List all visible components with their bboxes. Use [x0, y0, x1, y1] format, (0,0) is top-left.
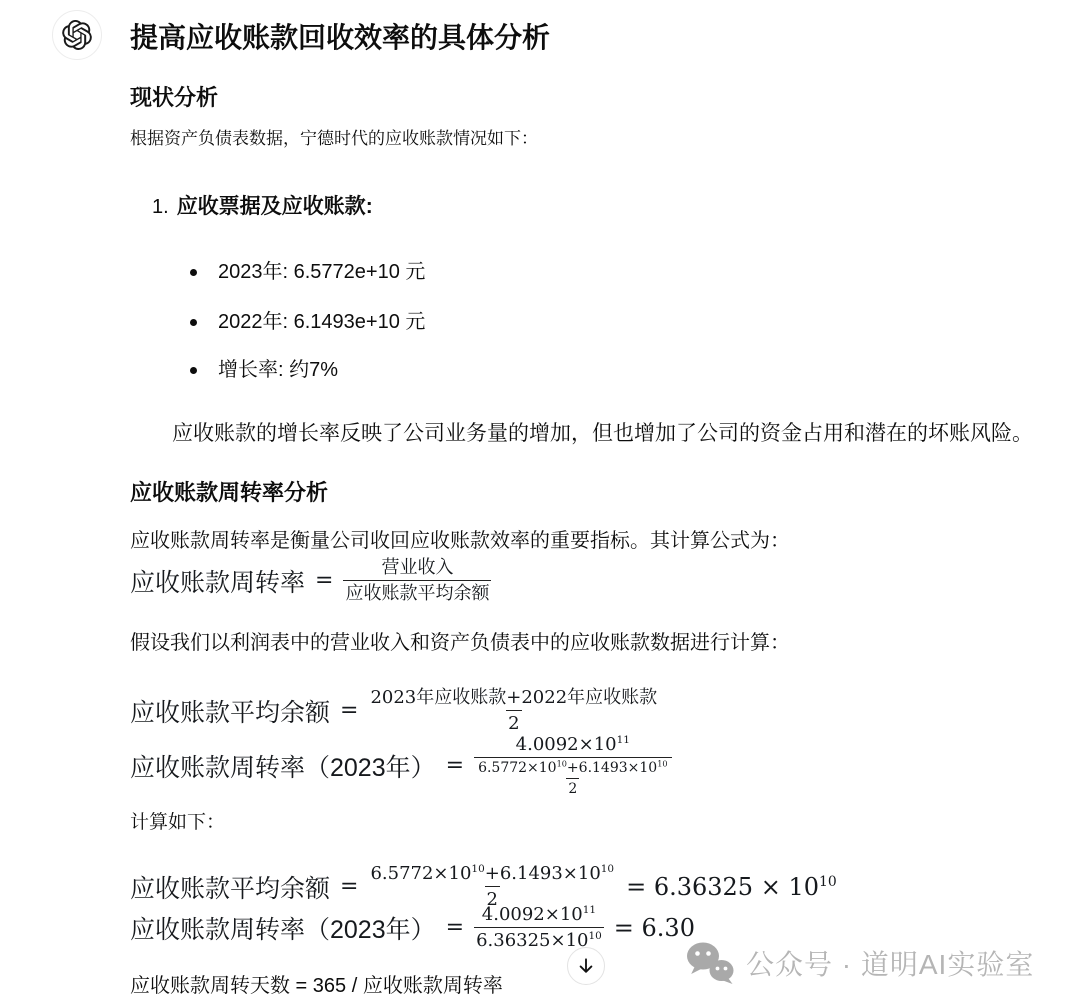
fraction: 2023年应收账款+2022年应收账款 2	[368, 686, 659, 735]
bullet-text: 2023年: 6.5772e+10 元	[218, 259, 425, 285]
formula-result: = 6.36325 × 1010	[626, 873, 837, 901]
formula-lhs: 应收账款平均余额	[130, 693, 330, 729]
nested-fraction: 6.5772×1010+6.1493×1010 2	[476, 759, 669, 798]
equals-sign: =	[446, 753, 464, 778]
fraction-denominator: 应收账款平均余额	[343, 580, 491, 605]
assistant-avatar	[52, 10, 102, 60]
down-arrow-icon	[576, 956, 596, 976]
bullet-icon	[190, 319, 197, 326]
bullet-text: 2022年: 6.1493e+10 元	[218, 309, 425, 335]
fraction-numerator: 4.0092×1011	[514, 733, 632, 757]
fraction-numerator: 6.5772×1010+6.1493×1010	[368, 862, 616, 886]
nested-numerator: 6.5772×1010+6.1493×1010	[476, 759, 669, 778]
bullet-growth: 增长率: 约7%	[190, 357, 338, 383]
formula-turnover-2023-definition: 应收账款周转率（2023年） = 4.0092×1011 6.5772×1010…	[130, 733, 672, 798]
watermark-text: 公众号 · 道明AI实验室	[746, 943, 1034, 983]
formula-turnover-calculated: 应收账款周转率（2023年） = 4.0092×1011 6.36325×101…	[130, 903, 695, 952]
formula-lhs: 应收账款周转率	[130, 563, 305, 599]
fraction-denominator: 6.5772×1010+6.1493×1010 2	[474, 757, 671, 798]
fraction-numerator: 2023年应收账款+2022年应收账款	[368, 686, 659, 710]
fraction: 4.0092×1011 6.36325×1010	[474, 903, 604, 952]
days-formula-text: 应收账款周转天数 = 365 / 应收账款周转率	[130, 973, 503, 999]
fraction: 营业收入 应收账款平均余额	[343, 556, 491, 605]
turnover-intro-paragraph: 应收账款周转率是衡量公司收回应收账款效率的重要指标。其计算公式为：	[130, 528, 790, 554]
scroll-to-bottom-button[interactable]	[567, 947, 605, 985]
openai-logo-icon	[62, 20, 92, 50]
fraction: 4.0092×1011 6.5772×1010+6.1493×1010 2	[474, 733, 671, 798]
equals-sign: =	[340, 698, 358, 723]
note-paragraph: 应收账款的增长率反映了公司业务量的增加，但也增加了公司的资金占用和潜在的坏账风险…	[172, 420, 1072, 448]
wechat-logo-icon	[686, 941, 734, 985]
formula-lhs: 应收账款周转率（2023年）	[130, 748, 436, 784]
section-heading-turnover: 应收账款周转率分析	[130, 480, 328, 506]
fraction-numerator: 4.0092×1011	[480, 903, 598, 927]
formula-lhs: 应收账款周转率（2023年）	[130, 910, 436, 946]
bullet-icon	[190, 269, 197, 276]
list-item-receivables: 1. 应收票据及应收账款:	[152, 193, 373, 221]
section-heading-status: 现状分析	[130, 85, 218, 111]
nested-denominator: 2	[566, 778, 579, 798]
exponent: 11	[617, 734, 630, 746]
fraction-numerator: 营业收入	[379, 556, 455, 580]
assumption-paragraph: 假设我们以利润表中的营业收入和资产负债表中的应收账款数据进行计算：	[130, 630, 790, 656]
bullet-2023: 2023年: 6.5772e+10 元	[190, 259, 425, 285]
list-number: 1.	[152, 193, 169, 221]
chat-response-page: 提高应收账款回收效率的具体分析 现状分析 根据资产负债表数据，宁德时代的应收账款…	[0, 0, 1080, 1007]
equals-sign: =	[340, 874, 358, 899]
list-item-label: 应收票据及应收账款	[177, 195, 366, 218]
bullet-text: 增长率: 约7%	[218, 357, 338, 383]
bullet-2022: 2022年: 6.1493e+10 元	[190, 309, 425, 335]
equals-sign: =	[446, 915, 464, 940]
intro-paragraph: 根据资产负债表数据，宁德时代的应收账款情况如下：	[130, 127, 538, 151]
calc-label: 计算如下：	[130, 810, 225, 836]
formula-lhs: 应收账款平均余额	[130, 869, 330, 905]
formula-result: = 6.30	[614, 914, 695, 942]
equals-sign: =	[315, 568, 333, 593]
formula-average-definition: 应收账款平均余额 = 2023年应收账款+2022年应收账款 2	[130, 686, 659, 735]
list-item-colon: :	[366, 195, 373, 218]
fraction-denominator: 2	[506, 710, 521, 735]
formula-turnover-definition: 应收账款周转率 = 营业收入 应收账款平均余额	[130, 556, 491, 605]
watermark: 公众号 · 道明AI实验室	[686, 941, 1034, 985]
bullet-icon	[190, 367, 197, 374]
page-title: 提高应收账款回收效率的具体分析	[130, 20, 550, 56]
